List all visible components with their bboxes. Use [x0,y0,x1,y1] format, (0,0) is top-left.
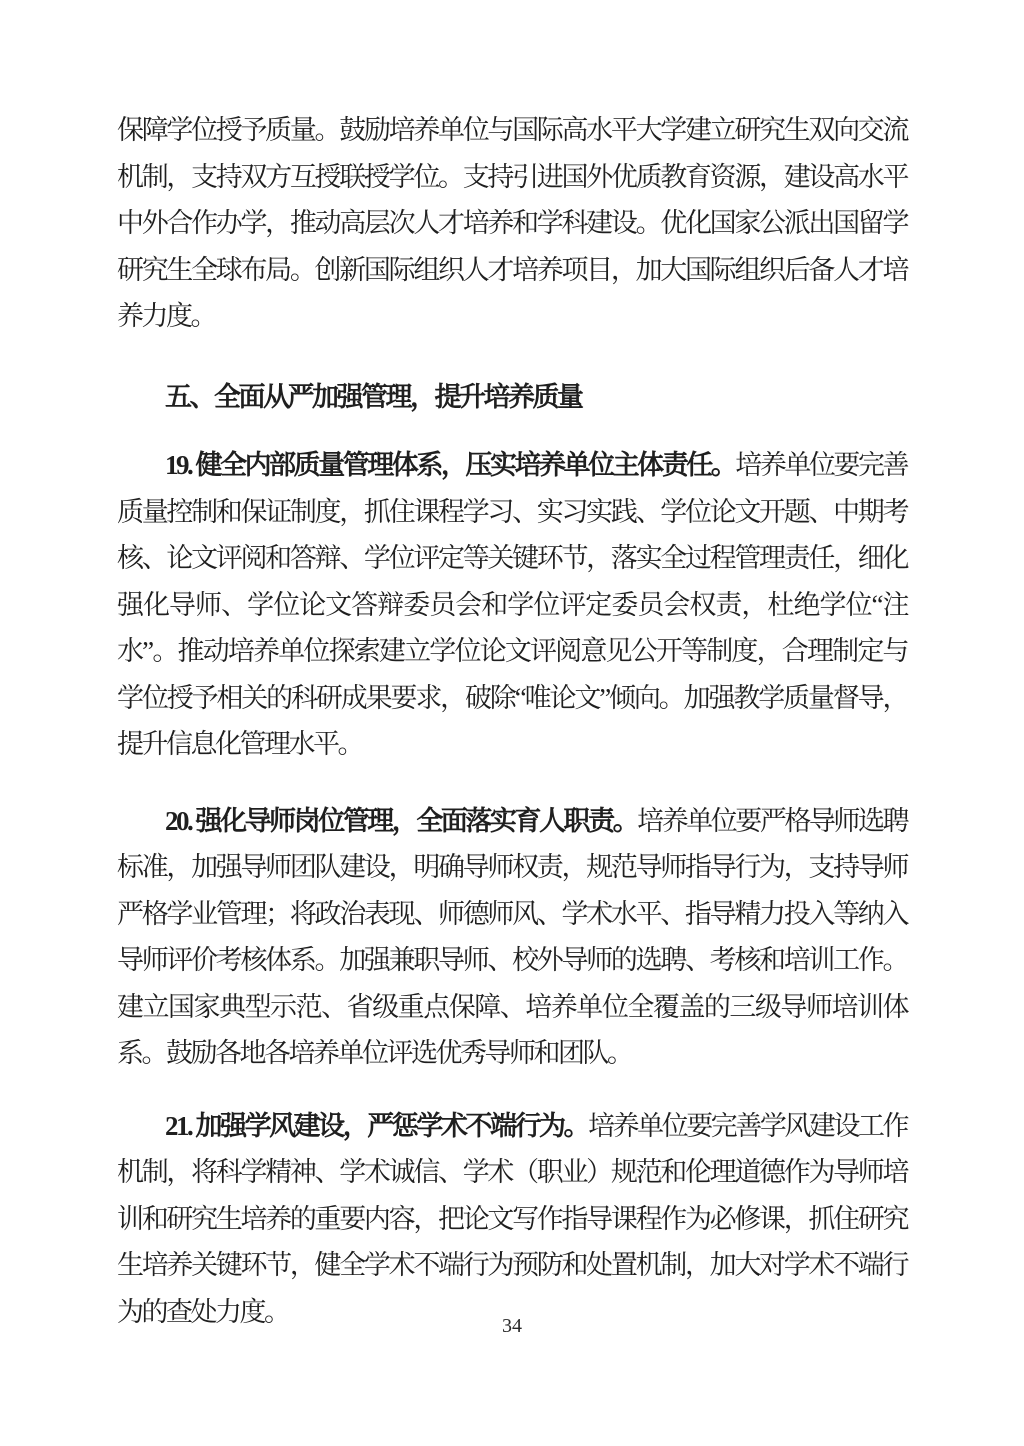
item-21-body: 培养单位要完善学风建设工作机制，将科学精神、学术诚信、学术（职业）规范和伦理道德… [117,1111,907,1327]
paragraph-item-19: 19. 健全内部质量管理体系，压实培养单位主体责任。培养单位要完善质量控制和保证… [117,442,907,768]
item-20-lead: 20. 强化导师岗位管理，全面落实育人职责。 [165,806,637,836]
paragraph-item-20: 20. 强化导师岗位管理，全面落实育人职责。培养单位要严格导师选聘标准，加强导师… [117,798,907,1077]
item-19-body: 培养单位要完善质量控制和保证制度，抓住课程学习、实习实践、学位论文开题、中期考核… [117,450,907,759]
item-19-lead: 19. 健全内部质量管理体系，压实培养单位主体责任。 [165,450,735,480]
section-heading: 五、全面从严加强管理，提升培养质量 [117,374,907,421]
item-20-body: 培养单位要严格导师选聘标准，加强导师团队建设，明确导师权责，规范导师指导行为，支… [117,806,907,1069]
document-page: 保障学位授予质量。鼓励培养单位与国际高水平大学建立研究生双向交流机制，支持双方互… [0,0,1024,1446]
paragraph-continued: 保障学位授予质量。鼓励培养单位与国际高水平大学建立研究生双向交流机制，支持双方互… [117,107,907,340]
item-21-lead: 21. 加强学风建设，严惩学术不端行为。 [165,1111,588,1141]
page-content: 保障学位授予质量。鼓励培养单位与国际高水平大学建立研究生双向交流机制，支持双方互… [117,107,907,1335]
page-number: 34 [0,1314,1024,1338]
paragraph-item-21: 21. 加强学风建设，严惩学术不端行为。培养单位要完善学风建设工作机制，将科学精… [117,1103,907,1336]
